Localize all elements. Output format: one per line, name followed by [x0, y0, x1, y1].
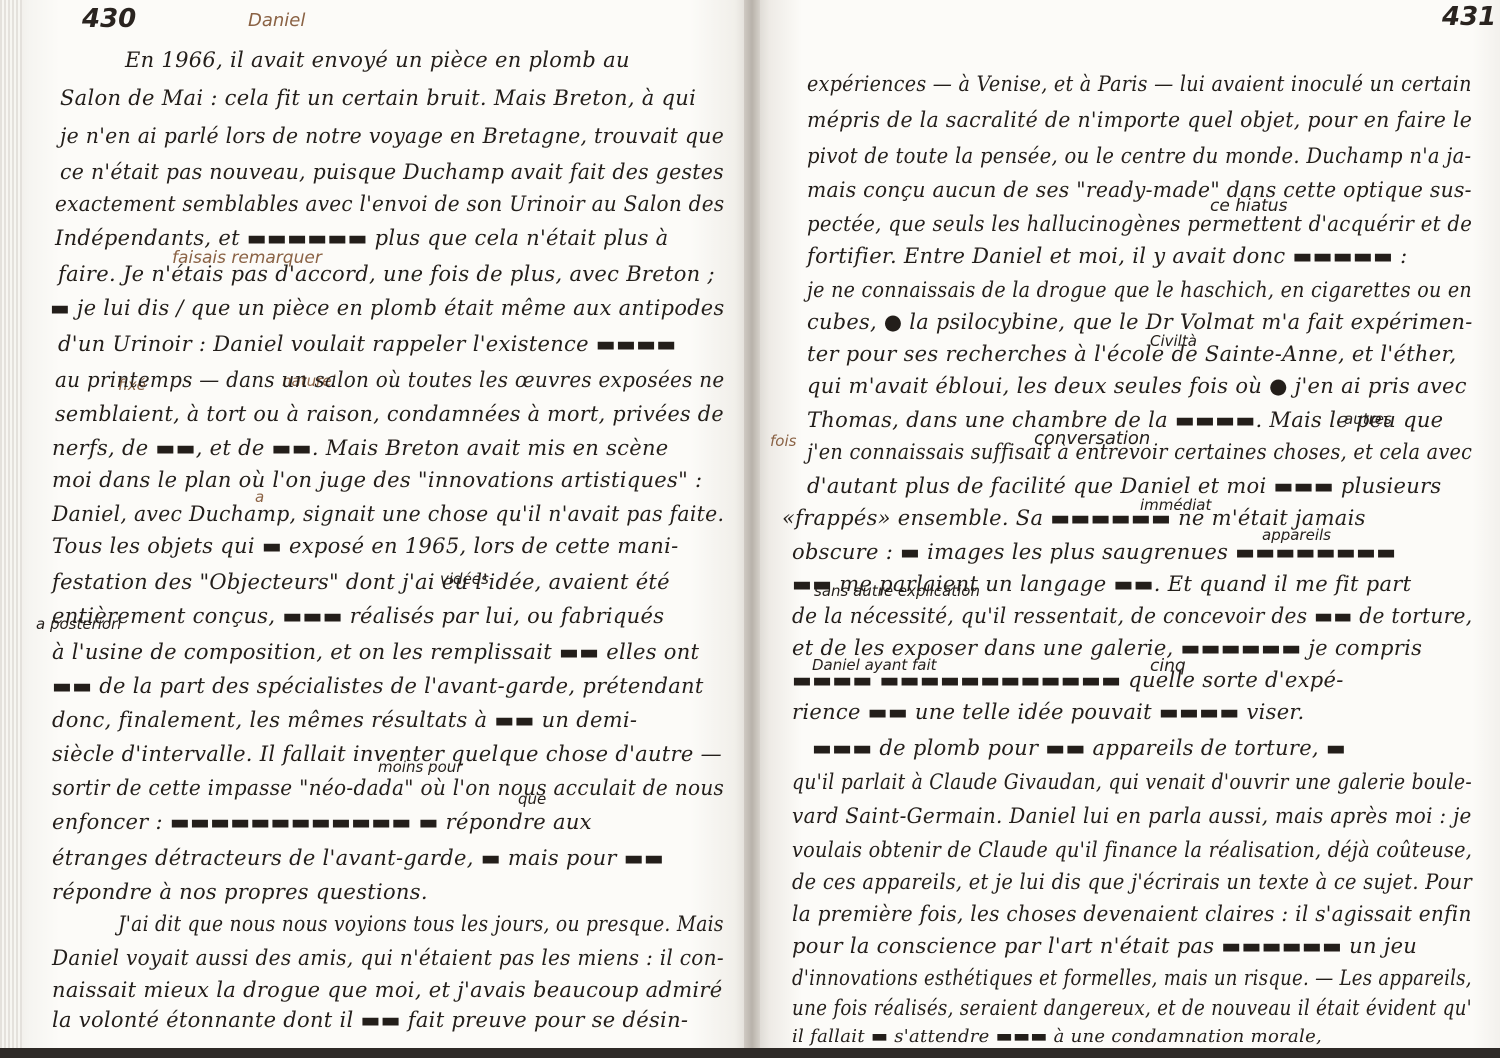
text-line: je n'en ai parlé lors de notre voyage en… — [60, 124, 724, 148]
text-line: sortir de cette impasse "néo-dada" où l'… — [52, 776, 724, 800]
text-line: pectée, que seuls les hallucinogènes per… — [807, 212, 1472, 236]
text-line: Daniel, avec Duchamp, signait une chose … — [52, 502, 724, 526]
text-line: d'innovations esthétiques et formelles, … — [792, 966, 1472, 990]
text-line: Daniel voyait aussi des amis, qui n'étai… — [52, 946, 724, 970]
text-line: ▬▬ de la part des spécialistes de l'avan… — [52, 674, 704, 698]
text-line: une fois réalisés, seraient dangereux, e… — [792, 996, 1472, 1020]
notebook-spread: 430 Daniel faisais remarquer fixé nature… — [0, 0, 1500, 1048]
text-line: ▬▬▬ de plomb pour ▬▬ appareils de tortur… — [812, 736, 1346, 760]
text-line: En 1966, il avait envoyé un pièce en plo… — [125, 48, 630, 72]
text-line: mais conçu aucun de ses "ready-made" dan… — [807, 178, 1472, 202]
text-line: pivot de toute la pensée, ou le centre d… — [807, 144, 1471, 168]
text-line: obscure : ▬ images les plus saugrenues ▬… — [792, 540, 1396, 564]
text-line: vard Saint-Germain. Daniel lui en parla … — [792, 804, 1472, 828]
text-line: de ces appareils, et je lui dis que j'éc… — [792, 870, 1472, 894]
text-line: au printemps — dans un salon où toutes l… — [55, 368, 724, 392]
text-line: enfoncer : ▬▬▬▬▬▬▬▬▬▬▬▬ ▬ répondre aux — [52, 810, 592, 834]
text-line: rience ▬▬ une telle idée pouvait ▬▬▬▬ vi… — [792, 700, 1304, 724]
text-line: la volonté étonnante dont il ▬▬ fait pre… — [52, 1008, 688, 1032]
text-line: Salon de Mai : cela fit un certain bruit… — [60, 86, 696, 110]
text-line: ce n'était pas nouveau, puisque Duchamp … — [60, 160, 724, 184]
text-line: mépris de la sacralité de n'importe quel… — [807, 108, 1472, 132]
insertion-daniel: Daniel — [248, 10, 305, 31]
insertion-fois: fois — [770, 432, 796, 450]
text-line: qui m'avait ébloui, les deux seules fois… — [807, 374, 1467, 398]
left-page: 430 Daniel faisais remarquer fixé nature… — [0, 0, 752, 1048]
text-line: festation des "Objecteurs" dont j'ai eu … — [52, 570, 670, 594]
text-line: étranges détracteurs de l'avant-garde, ▬… — [52, 846, 664, 870]
text-line: ▬▬▬▬ ▬▬▬▬▬▬▬▬▬▬▬▬ quelle sorte d'expé- — [792, 668, 1344, 692]
text-line: J'ai dit que nous nous voyions tous les … — [118, 912, 724, 936]
text-line: voulais obtenir de Claude qu'il finance … — [792, 838, 1472, 862]
text-line: je ne connaissais de la drogue que le ha… — [807, 278, 1472, 302]
page-stack-edge — [0, 0, 22, 1048]
text-line: faire. Je n'étais pas d'accord, une fois… — [58, 262, 715, 286]
text-line: ▬ je lui dis / que un pièce en plomb éta… — [50, 296, 724, 320]
text-line: et de les exposer dans une galerie, ▬▬▬▬… — [792, 636, 1422, 660]
text-line: répondre à nos propres questions. — [52, 880, 428, 904]
text-line: à l'usine de composition, et on les remp… — [52, 640, 699, 664]
text-line: entièrement conçus, ▬▬▬ réalisés par lui… — [52, 604, 664, 628]
text-line: il fallait ▬ s'attendre ▬▬▬ à une condam… — [792, 1026, 1322, 1047]
text-line: donc, finalement, les mêmes résultats à … — [52, 708, 637, 732]
text-line: j'en connaissais suffisait à entrevoir c… — [807, 440, 1472, 464]
text-line: nerfs, de ▬▬, et de ▬▬. Mais Breton avai… — [52, 436, 669, 460]
text-line: Indépendants, et ▬▬▬▬▬▬ plus que cela n'… — [55, 226, 668, 250]
text-line: de la nécessité, qu'il ressentait, de co… — [792, 604, 1472, 628]
text-line: cubes, ● la psilocybine, que le Dr Volma… — [807, 310, 1473, 334]
text-line: expériences — à Venise, et à Paris — lui… — [807, 72, 1472, 96]
scan-bottom-edge — [0, 1048, 1500, 1058]
text-line: pour la conscience par l'art n'était pas… — [792, 934, 1417, 958]
text-line: la première fois, les choses devenaient … — [792, 902, 1472, 926]
text-line: semblaient, à tort ou à raison, condamné… — [55, 402, 724, 426]
text-line: siècle d'intervalle. Il fallait inventer… — [52, 742, 722, 766]
page-number: 431 — [1442, 2, 1496, 32]
text-line: d'autant plus de facilité que Daniel et … — [807, 474, 1442, 498]
text-line: Tous les objets qui ▬ exposé en 1965, lo… — [52, 534, 678, 558]
text-line: exactement semblables avec l'envoi de so… — [55, 192, 724, 216]
right-page: 431 ce hiatus Civiltà autres fois conver… — [752, 0, 1500, 1048]
text-line: fortifier. Entre Daniel et moi, il y ava… — [807, 244, 1408, 268]
text-line: ter pour ses recherches à l'école de Sai… — [807, 342, 1457, 366]
text-line: d'un Urinoir : Daniel voulait rappeler l… — [58, 332, 676, 356]
page-number: 430 — [82, 4, 136, 34]
text-line: «frappés» ensemble. Sa ▬▬▬▬▬▬ ne m'était… — [782, 506, 1366, 530]
text-line: Thomas, dans une chambre de la ▬▬▬▬. Mai… — [807, 408, 1443, 432]
text-line: naissait mieux la drogue que moi, et j'a… — [52, 978, 723, 1002]
text-line: ▬▬ me parlaient un langage ▬▬. Et quand … — [792, 572, 1411, 596]
text-line: moi dans le plan où l'on juge des "innov… — [52, 468, 702, 492]
text-line: qu'il parlait à Claude Givaudan, qui ven… — [792, 770, 1472, 794]
book-gutter — [744, 0, 760, 1048]
